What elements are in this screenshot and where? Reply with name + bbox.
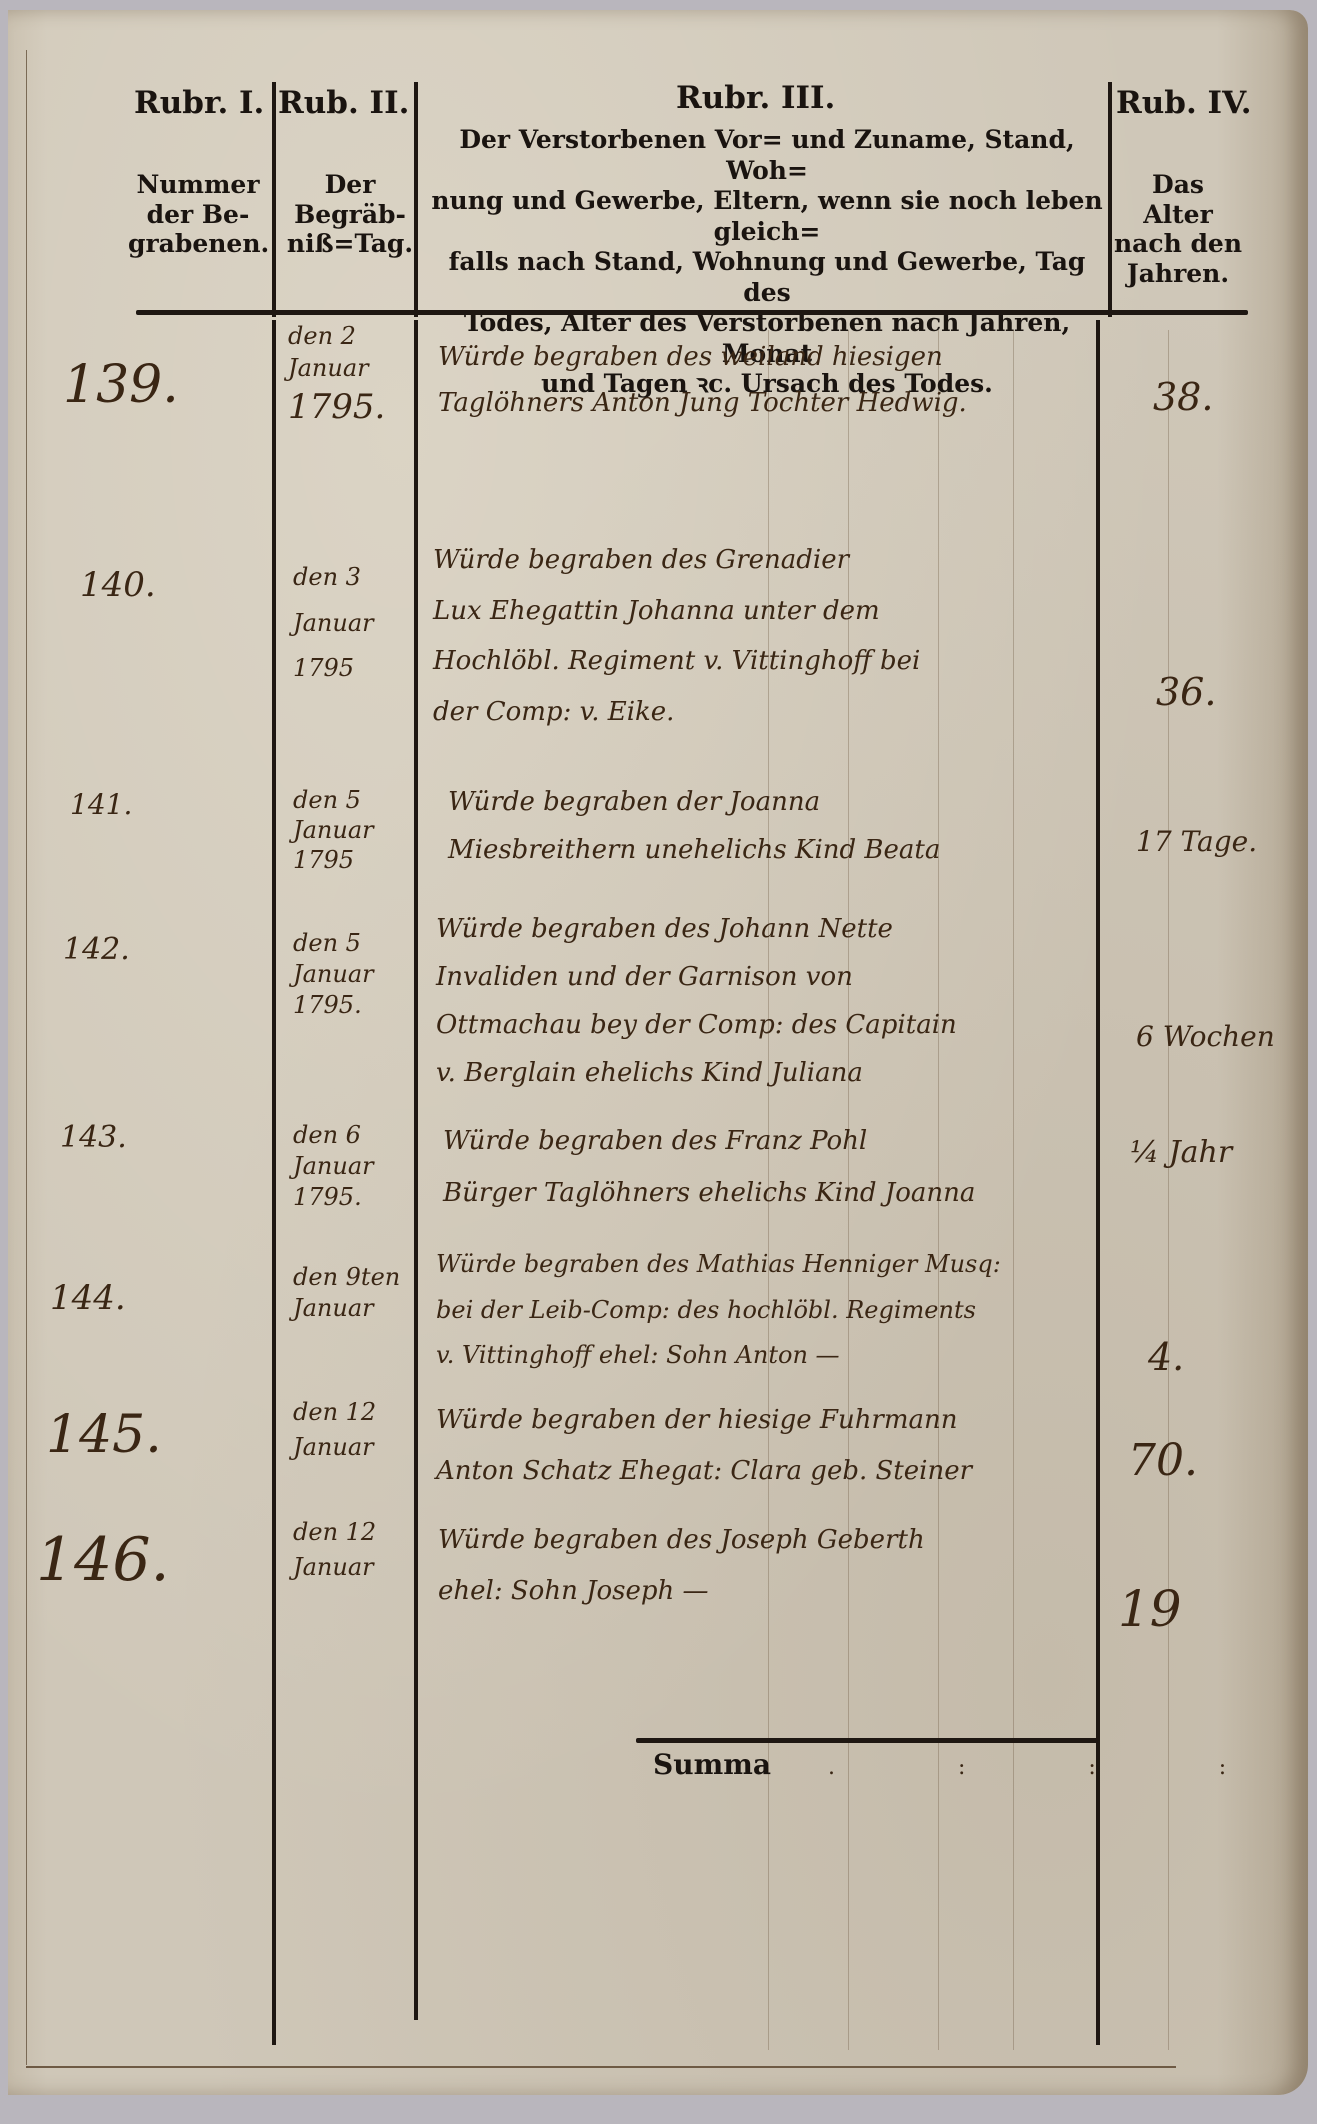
- entry-text-line: v. Berglain ehelichs Kind Juliana: [436, 1049, 957, 1097]
- date-month: Januar: [293, 1550, 376, 1585]
- entry-text: Würde begraben der Joanna Miesbreithern …: [448, 778, 940, 874]
- entry-text: Würde begraben des Mathias Henniger Musq…: [436, 1242, 1001, 1379]
- date-year: 1795.: [288, 385, 385, 431]
- entry-text-line: Taglöhners Anton Jung Tochter Hedwig.: [438, 381, 967, 427]
- entry-text-line: Miesbreithern unehelichs Kind Beata: [448, 826, 940, 874]
- entry-text-line: Lux Ehegattin Johanna unter dem: [433, 586, 920, 637]
- column-rule-3: [1096, 320, 1100, 2045]
- col2-rubric: Rub. II.: [278, 85, 409, 121]
- entry-age: 36.: [1156, 670, 1216, 714]
- header-divider-3: [1108, 82, 1112, 317]
- entry-text: Würde begraben des Joseph Geberth ehel: …: [438, 1515, 925, 1616]
- col1-rubric: Rubr. I.: [134, 85, 264, 121]
- entry-age: ¼ Jahr: [1130, 1135, 1232, 1170]
- header-divider-2: [414, 82, 418, 317]
- entry-text-line: Würde begraben des Johann Nette: [436, 905, 957, 953]
- date-day: den 9ten: [293, 1262, 400, 1293]
- entry-number: 141.: [70, 788, 132, 821]
- entry-text-line: Würde begraben der Joanna: [448, 778, 940, 826]
- col3-header-line: Der Verstorbenen Vor= und Zuname, Stand,…: [422, 125, 1112, 186]
- entry-date: den 5 Januar 1795: [293, 785, 374, 875]
- date-year: 1795.: [293, 1182, 374, 1213]
- entry-date: den 5 Januar 1795.: [293, 928, 374, 1022]
- entry-text-line: Würde begraben des Grenadier: [433, 535, 920, 586]
- register-page: Rubr. I. Rub. II. Rubr. III. Rub. IV. Nu…: [8, 10, 1308, 2095]
- entry-date: den 6 Januar 1795.: [293, 1120, 374, 1214]
- entry-text-line: Ottmachau bey der Comp: des Capitain: [436, 1001, 957, 1049]
- date-month: Januar: [293, 1430, 376, 1465]
- entry-date: den 2 Januar 1795.: [288, 320, 385, 431]
- summa-rule: [636, 1738, 1098, 1743]
- entry-text-line: Anton Schatz Ehegat: Clara geb. Steiner: [436, 1446, 972, 1497]
- col4-header: Das Alter nach den Jahren.: [1113, 170, 1243, 288]
- entry-text-line: Würde begraben des Mathias Henniger Musq…: [436, 1242, 1001, 1288]
- date-day: den 3: [293, 555, 374, 601]
- summa-label: Summa: [653, 1748, 771, 1781]
- entry-date: den 9ten Januar: [293, 1262, 400, 1324]
- entry-age: 19: [1118, 1580, 1182, 1638]
- entry-text-line: Hochlöbl. Regiment v. Vittinghoff bei: [433, 636, 920, 687]
- entry-date: den 12 Januar: [293, 1515, 376, 1585]
- entry-date: den 3 Januar 1795: [293, 555, 374, 692]
- entry-text-line: Würde begraben des weiland hiesigen: [438, 335, 967, 381]
- date-day: den 5: [293, 928, 374, 959]
- entry-number: 143.: [60, 1120, 127, 1155]
- entry-text-line: Würde begraben des Franz Pohl: [443, 1115, 975, 1167]
- entry-number: 140.: [80, 565, 156, 605]
- entry-age: 17 Tage.: [1136, 825, 1257, 858]
- column-rule-2: [414, 320, 418, 2020]
- entry-text-line: der Comp: v. Eike.: [433, 687, 920, 738]
- date-year: 1795: [293, 845, 374, 875]
- date-day: den 12: [293, 1395, 376, 1430]
- entry-text: Würde begraben des weiland hiesigen Tagl…: [438, 335, 967, 426]
- entry-text-line: bei der Leib-Comp: des hochlöbl. Regimen…: [436, 1288, 1001, 1334]
- col3-rubric: Rubr. III.: [676, 80, 835, 116]
- date-day: den 2: [288, 320, 385, 352]
- date-day: den 6: [293, 1120, 374, 1151]
- summa-dots: . : : :: [828, 1755, 1284, 1780]
- entry-number: 146.: [36, 1525, 170, 1595]
- entry-date: den 12 Januar: [293, 1395, 376, 1465]
- page-left-margin-rule: [26, 50, 27, 2065]
- col4-rubric: Rub. IV.: [1116, 85, 1252, 121]
- header-divider-1: [272, 82, 276, 317]
- header-bottom-rule: [136, 310, 1248, 315]
- date-month: Januar: [293, 601, 374, 647]
- entry-text-line: Würde begraben des Joseph Geberth: [438, 1515, 925, 1566]
- entry-text: Würde begraben des Johann Nette Invalide…: [436, 905, 957, 1097]
- entry-age: 4.: [1148, 1335, 1184, 1379]
- faint-ruling: [1013, 330, 1014, 2050]
- entry-text-line: v. Vittinghoff ehel: Sohn Anton —: [436, 1333, 1001, 1379]
- date-month: Januar: [288, 352, 385, 384]
- date-day: den 5: [293, 785, 374, 815]
- entry-text: Würde begraben des Franz Pohl Bürger Tag…: [443, 1115, 975, 1219]
- entry-age: 38.: [1153, 375, 1213, 419]
- entry-text-line: Würde begraben der hiesige Fuhrmann: [436, 1395, 972, 1446]
- entry-number: 145.: [46, 1405, 162, 1465]
- entry-text: Würde begraben der hiesige Fuhrmann Anto…: [436, 1395, 972, 1496]
- date-month: Januar: [293, 1293, 400, 1324]
- entry-age: 6 Wochen: [1136, 1020, 1275, 1053]
- date-month: Januar: [293, 959, 374, 990]
- page-bottom-edge: [26, 2066, 1176, 2068]
- entry-number: 142.: [63, 932, 130, 967]
- date-month: Januar: [293, 1151, 374, 1182]
- date-day: den 12: [293, 1515, 376, 1550]
- entry-number: 139.: [63, 355, 179, 415]
- entry-text: Würde begraben des Grenadier Lux Ehegatt…: [433, 535, 920, 738]
- col3-header-line: falls nach Stand, Wohnung und Gewerbe, T…: [422, 247, 1112, 308]
- col3-header-line: nung und Gewerbe, Eltern, wenn sie noch …: [422, 186, 1112, 247]
- col1-header: Nummer der Be-grabenen.: [128, 170, 268, 259]
- faint-ruling: [1168, 330, 1169, 2050]
- entry-text-line: ehel: Sohn Joseph —: [438, 1566, 925, 1617]
- date-month: Januar: [293, 815, 374, 845]
- col2-header: Der Begräb-niß=Tag.: [280, 170, 420, 259]
- entry-number: 144.: [50, 1278, 126, 1318]
- column-rule-1: [272, 320, 276, 2045]
- entry-text-line: Bürger Taglöhners ehelichs Kind Joanna: [443, 1167, 975, 1219]
- date-year: 1795.: [293, 990, 374, 1021]
- date-year: 1795: [293, 646, 374, 692]
- entry-age: 70.: [1128, 1435, 1198, 1486]
- entry-text-line: Invaliden und der Garnison von: [436, 953, 957, 1001]
